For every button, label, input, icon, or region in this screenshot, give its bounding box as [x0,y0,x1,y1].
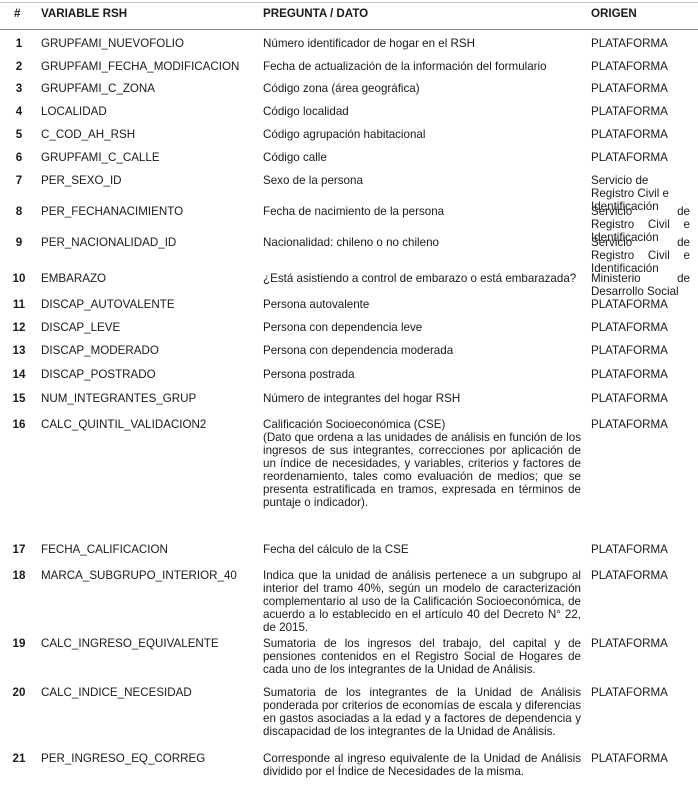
table-top-rule [0,2,698,3]
variable-name: GRUPFAMI_C_CALLE [41,151,160,164]
origin-text: PLATAFORMA [591,569,690,582]
row-number: 14 [12,368,26,381]
row-number: 6 [12,151,26,164]
question-text: Sumatoria de los ingresos del trabajo, d… [263,637,581,676]
origin-text: PLATAFORMA [591,418,690,431]
row-number: 8 [12,205,26,218]
question-text: Sexo de la persona [263,174,581,187]
row-number: 21 [12,752,26,765]
variable-name: CALC_INGRESO_EQUIVALENTE [41,637,219,650]
variable-name: NUM_INTEGRANTES_GRUP [41,392,196,405]
question-text: Corresponde al ingreso equivalente de la… [263,752,581,778]
question-text: Fecha de nacimiento de la persona [263,205,581,218]
variable-name: EMBARAZO [41,272,106,285]
origin-text: PLATAFORMA [591,344,690,357]
origin-text: PLATAFORMA [591,60,690,73]
origin-text: Ministerio de Desarrollo Social [591,272,690,298]
origin-text: PLATAFORMA [591,752,690,765]
variable-name: DISCAP_LEVE [41,321,120,334]
origin-text: PLATAFORMA [591,298,690,311]
header-variable: VARIABLE RSH [41,7,127,20]
variable-name: PER_FECHANACIMIENTO [41,205,183,218]
question-text: Código localidad [263,105,581,118]
row-number: 10 [12,272,26,285]
question-text: Código zona (área geográfica) [263,82,581,95]
row-number: 16 [12,418,26,431]
row-number: 5 [12,128,26,141]
variable-name: CALC_QUINTIL_VALIDACION2 [41,418,206,431]
variable-name: MARCA_SUBGRUPO_INTERIOR_40 [41,569,237,582]
header-num: # [14,7,20,20]
question-text: Código calle [263,151,581,164]
origin-text: PLATAFORMA [591,37,690,50]
question-text: ¿Está asistiendo a control de embarazo o… [263,272,581,285]
origin-text: PLATAFORMA [591,151,690,164]
variable-name: DISCAP_MODERADO [41,344,159,357]
origin-text: PLATAFORMA [591,321,690,334]
question-title: Calificación Socioeconómica (CSE) [263,418,581,431]
variable-name: GRUPFAMI_FECHA_MODIFICACION [41,60,239,73]
row-number: 20 [12,686,26,699]
question-text: Persona con dependencia moderada [263,344,581,357]
origin-text: PLATAFORMA [591,543,690,556]
header-question: PREGUNTA / DATO [263,7,368,20]
row-number: 13 [12,344,26,357]
row-number: 12 [12,321,26,334]
question-text: Número identificador de hogar en el RSH [263,37,581,50]
question-text: Persona postrada [263,368,581,381]
variable-name: C_COD_AH_RSH [41,128,135,141]
variable-name: PER_INGRESO_EQ_CORREG [41,752,205,765]
row-number: 19 [12,637,26,650]
row-number: 4 [12,105,26,118]
question-text: Fecha del cálculo de la CSE [263,543,581,556]
row-number: 9 [12,236,26,249]
header-origin: ORIGEN [591,7,637,20]
origin-text: PLATAFORMA [591,128,690,141]
question-text: Fecha de actualización de la información… [263,60,581,73]
question-text: Número de integrantes del hogar RSH [263,392,581,405]
variable-name: DISCAP_POSTRADO [41,368,156,381]
variable-name: PER_SEXO_ID [41,174,122,187]
row-number: 7 [12,174,26,187]
row-number: 1 [12,37,26,50]
row-number: 15 [12,392,26,405]
variable-name: FECHA_CALIFICACION [41,543,168,556]
question-text: Sumatoria de los integrantes de la Unida… [263,686,581,738]
question-text: Calificación Socioeconómica (CSE)(Dato q… [263,418,581,509]
row-number: 2 [12,60,26,73]
variable-name: GRUPFAMI_C_ZONA [41,82,155,95]
variable-name: GRUPFAMI_NUEVOFOLIO [41,37,184,50]
origin-text: PLATAFORMA [591,105,690,118]
question-text: Código agrupación habitacional [263,128,581,141]
question-text: Persona con dependencia leve [263,321,581,334]
question-text: Indica que la unidad de análisis pertene… [263,569,581,634]
variable-name: LOCALIDAD [41,105,107,118]
row-number: 3 [12,82,26,95]
header-rule [0,29,698,30]
question-text: Persona autovalente [263,298,581,311]
origin-text: PLATAFORMA [591,637,690,650]
variable-name: PER_NACIONALIDAD_ID [41,236,176,249]
question-text: Nacionalidad: chileno o no chileno [263,236,581,249]
origin-text: PLATAFORMA [591,82,690,95]
origin-text: PLATAFORMA [591,368,690,381]
row-number: 17 [12,543,26,556]
question-detail: (Dato que ordena a las unidades de análi… [263,431,581,509]
variable-name: DISCAP_AUTOVALENTE [41,298,175,311]
origin-text: PLATAFORMA [591,392,690,405]
variable-name: CALC_INDICE_NECESIDAD [41,686,192,699]
row-number: 11 [12,298,26,311]
origin-text: PLATAFORMA [591,686,690,699]
origin-text: Servicio de Registro Civil e Identificac… [591,236,690,275]
row-number: 18 [12,569,26,582]
